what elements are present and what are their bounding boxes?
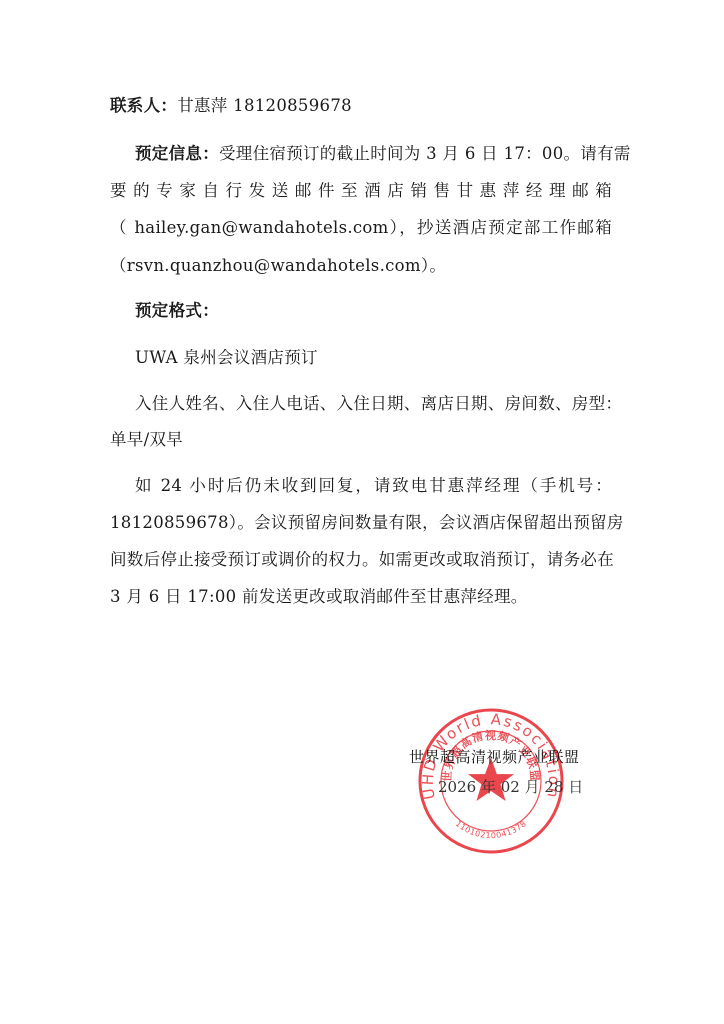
contact-label: 联系人： xyxy=(110,96,177,115)
signature-date: 2026 年 02 月 28 日 xyxy=(438,778,583,796)
contact-line: 联系人：甘惠萍 18120859678 xyxy=(110,96,612,116)
notice-line-2: 18120859678）。会议预留房间数量有限，会议酒店保留超出预留房 xyxy=(110,513,612,533)
booking-info-line-3: （ hailey.gan@wandahotels.com），抄送酒店预定部工作邮… xyxy=(110,218,612,238)
booking-format-subject: UWA 泉州会议酒店预订 xyxy=(135,348,612,368)
notice-line-3: 间数后停止接受预订或调价的权力。如需更改或取消预订，请务必在 xyxy=(110,550,612,570)
booking-info-label: 预定信息： xyxy=(135,144,219,163)
svg-text:11010210041378: 11010210041378 xyxy=(454,819,529,840)
document-page: 联系人：甘惠萍 18120859678 预定信息：受理住宿预订的截止时间为 3 … xyxy=(0,0,724,1024)
booking-format-label: 预定格式： xyxy=(135,301,612,321)
signature-organization: 世界超高清视频产业联盟 xyxy=(409,748,580,766)
booking-info-line-4: （rsvn.quanzhou@wandahotels.com）。 xyxy=(110,256,612,276)
notice-line-1: 如 24 小时后仍未收到回复，请致电甘惠萍经理（手机号： xyxy=(135,476,612,496)
booking-info-text-1: 受理住宿预订的截止时间为 3 月 6 日 17：00。请有需 xyxy=(219,144,631,163)
booking-format-fields-1: 入住人姓名、入住人电话、入住日期、离店日期、房间数、房型： xyxy=(135,394,612,414)
notice-line-4: 3 月 6 日 17:00 前发送更改或取消邮件至甘惠萍经理。 xyxy=(110,587,612,607)
booking-info-line-2: 要的专家自行发送邮件至酒店销售甘惠萍经理邮箱 xyxy=(110,181,612,201)
contact-value: 甘惠萍 18120859678 xyxy=(177,96,352,115)
booking-format-fields-2: 单早/双早 xyxy=(110,430,612,450)
booking-info-line-1: 预定信息：受理住宿预订的截止时间为 3 月 6 日 17：00。请有需 xyxy=(135,144,612,164)
